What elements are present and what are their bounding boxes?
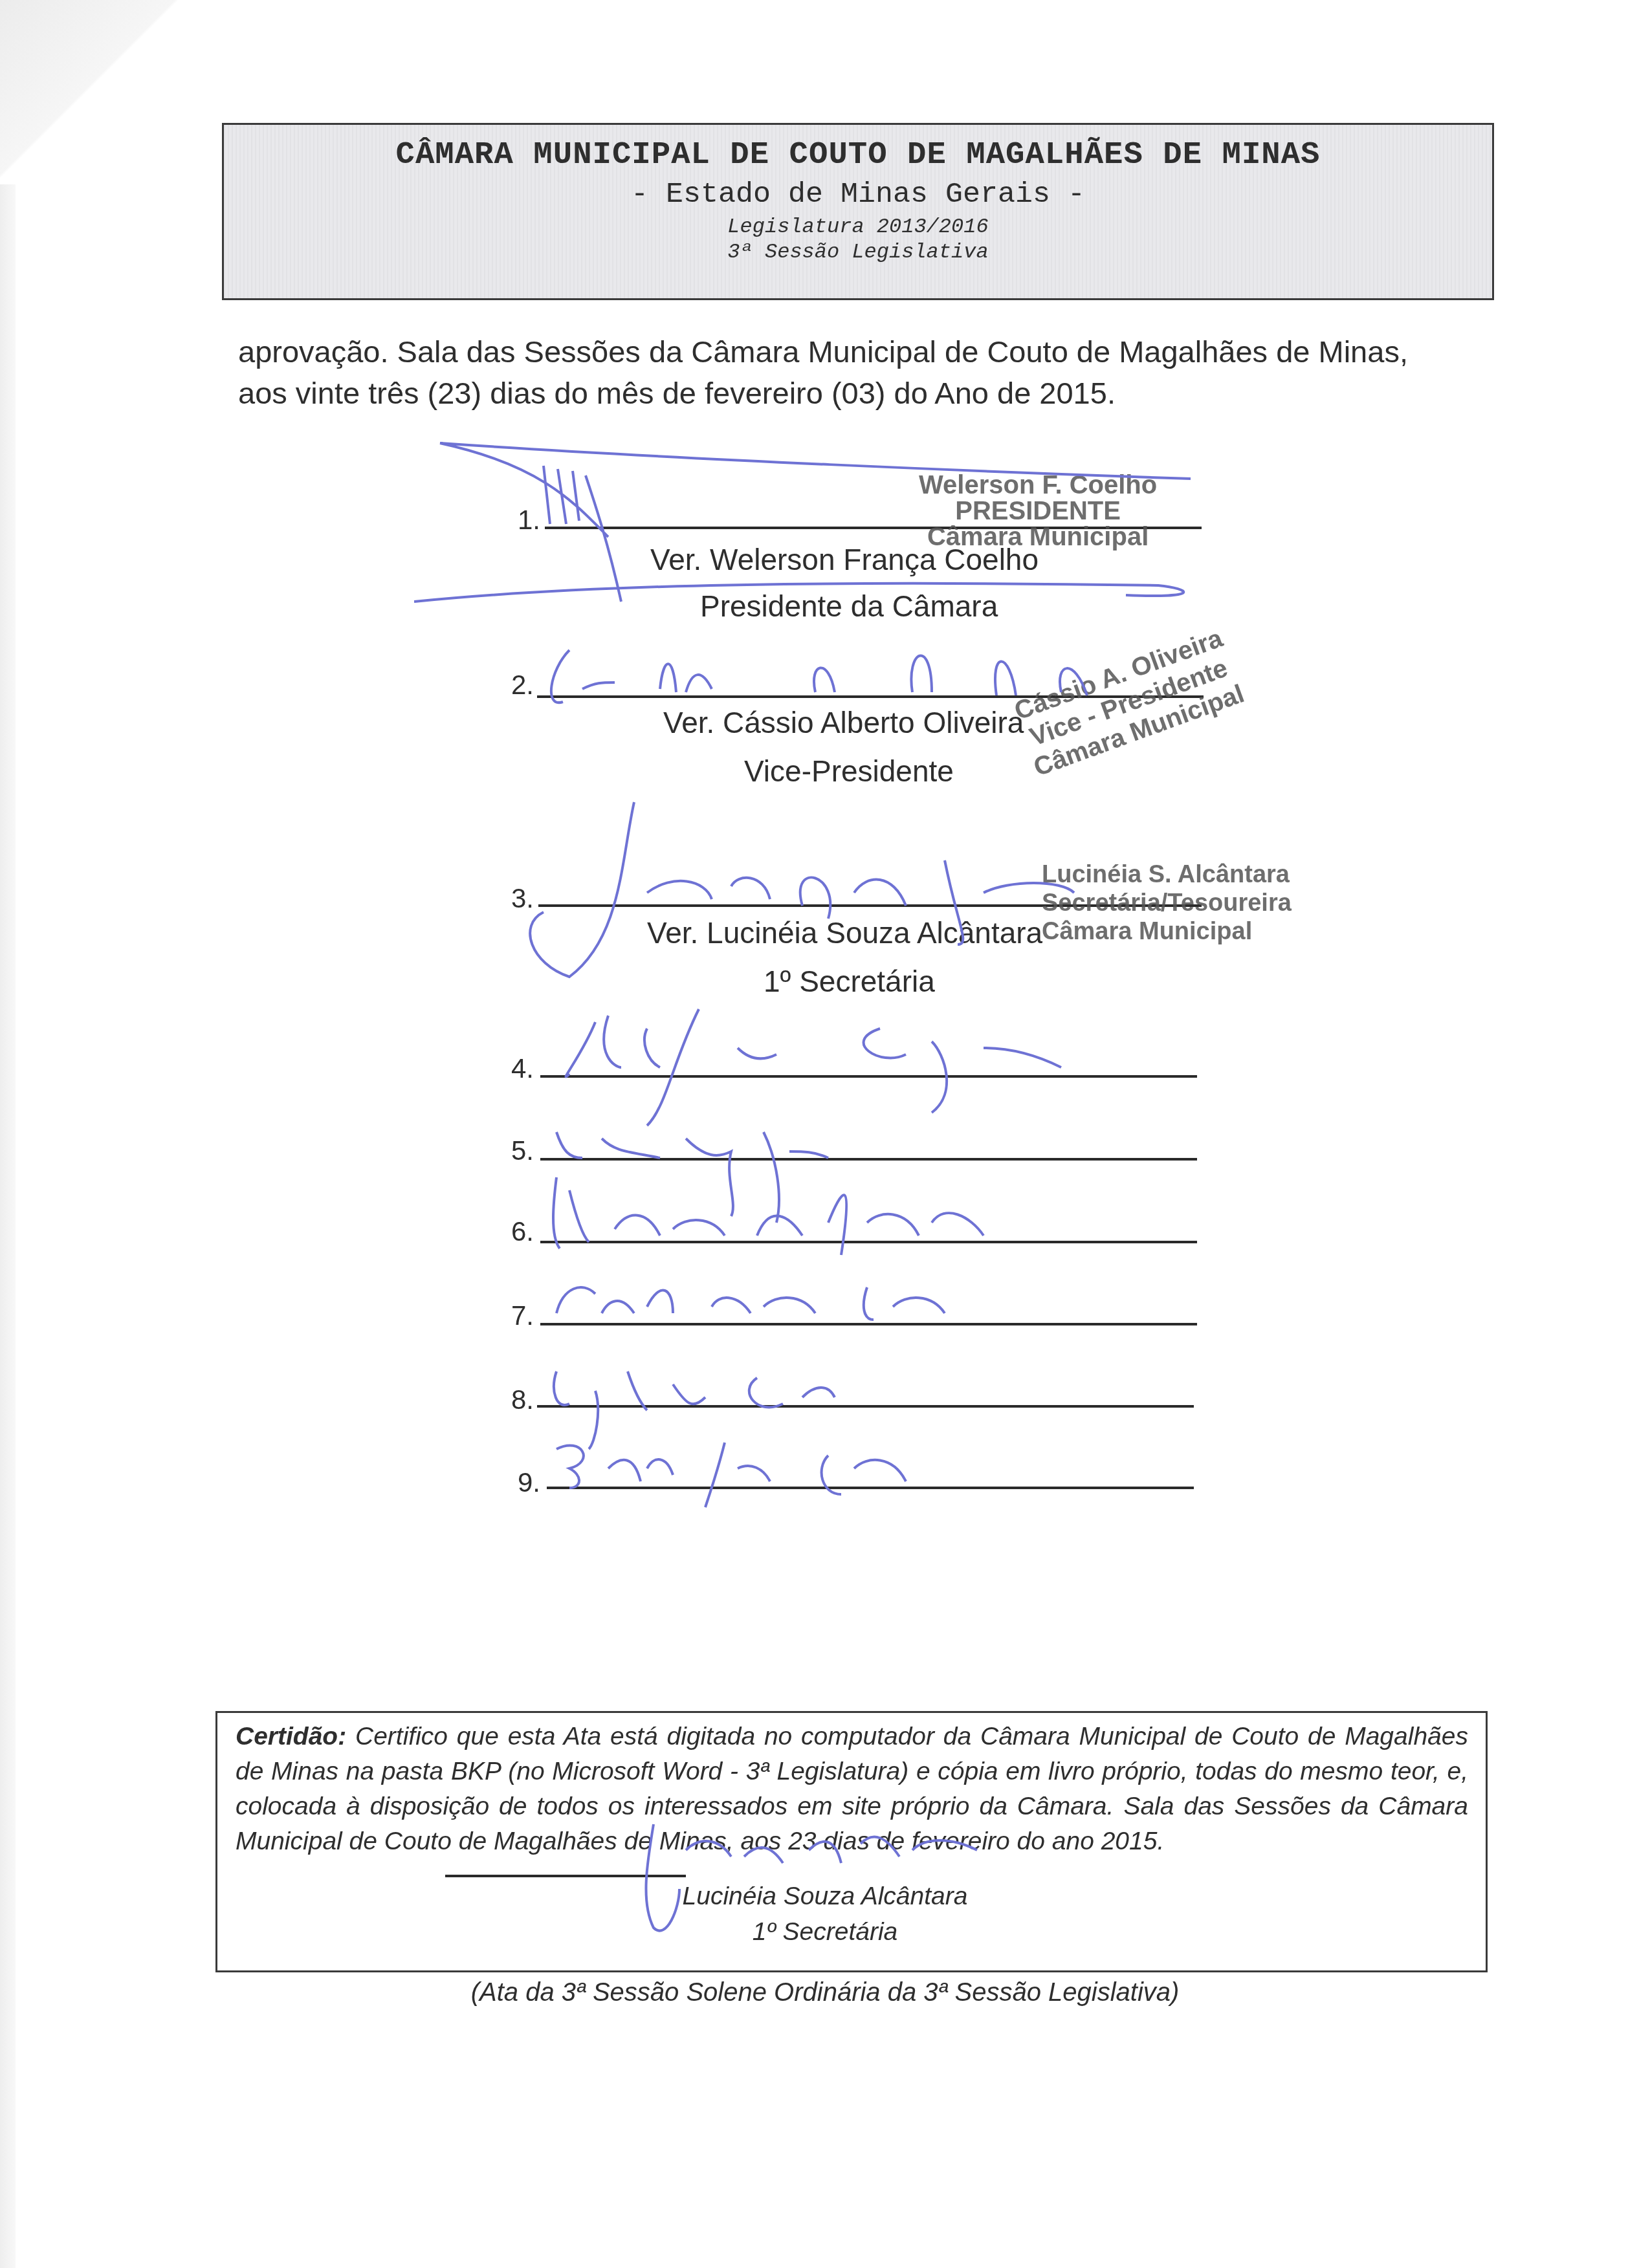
signature-line [540, 1075, 1197, 1078]
signature-number: 4. [511, 1053, 534, 1084]
signature-line [540, 1158, 1197, 1161]
signature-number: 3. [511, 883, 534, 914]
signer-name: Ver. Lucinéia Souza Alcântara [647, 915, 1042, 950]
signature-line [537, 1405, 1194, 1408]
signature-number: 6. [511, 1216, 534, 1247]
signature-line [547, 1487, 1194, 1489]
signature-number: 2. [511, 670, 534, 701]
signature-number: 5. [511, 1135, 534, 1166]
page-curl-shadow [0, 0, 194, 194]
signer-role: Presidente da Câmara [700, 589, 998, 624]
stamp-president: Welerson F. Coelho PRESIDENTE Câmara Mun… [919, 472, 1157, 550]
stamp-vice-president: Cássio A. Oliveira Vice - Presidente Câm… [1009, 623, 1248, 783]
certification-signer-name: Lucinéia Souza Alcântara [0, 1882, 1650, 1911]
handwritten-signature-5 [544, 1113, 1126, 1242]
stamp-secretary: Lucinéia S. Alcântara Secretária/Tesoure… [1042, 860, 1292, 946]
signature-number: 9. [518, 1467, 540, 1498]
certification-text: Certidão: Certifico que esta Ata está di… [236, 1719, 1468, 1859]
letterhead-legislature: Legislatura 2013/2016 [224, 215, 1492, 239]
signature-line [540, 1241, 1197, 1243]
handwritten-signature-9 [544, 1430, 1126, 1520]
letterhead-session: 3ª Sessão Legislativa [224, 240, 1492, 264]
certification-label: Certidão: [236, 1723, 346, 1750]
letterhead: CÂMARA MUNICIPAL DE COUTO DE MAGALHÃES D… [222, 123, 1494, 300]
closing-line-2: aos vinte três (23) dias do mês de fever… [238, 373, 1487, 414]
signer-name: Ver. Cássio Alberto Oliveira [663, 705, 1024, 740]
footer-caption: (Ata da 3ª Sessão Solene Ordinária da 3ª… [0, 1978, 1650, 2007]
signer-role: 1º Secretária [764, 964, 935, 999]
certification-signature-line [445, 1875, 686, 1877]
handwritten-signature-8 [544, 1352, 1126, 1456]
closing-paragraph: aprovação. Sala das Sessões da Câmara Mu… [238, 331, 1487, 414]
signature-number: 8. [511, 1384, 534, 1415]
signature-number: 7. [511, 1300, 534, 1331]
signature-number: 1. [518, 505, 540, 536]
page-edge-shadow [0, 184, 16, 2268]
certification-signer-role: 1º Secretária [0, 1918, 1650, 1946]
handwritten-signature-4 [544, 1003, 1126, 1132]
letterhead-state: - Estado de Minas Gerais - [224, 178, 1492, 211]
signature-line [540, 1323, 1197, 1325]
closing-line-1: aprovação. Sala das Sessões da Câmara Mu… [238, 331, 1487, 373]
letterhead-title: CÂMARA MUNICIPAL DE COUTO DE MAGALHÃES D… [224, 136, 1492, 173]
handwritten-signature-6 [544, 1164, 1126, 1294]
signer-role: Vice-Presidente [744, 754, 954, 789]
